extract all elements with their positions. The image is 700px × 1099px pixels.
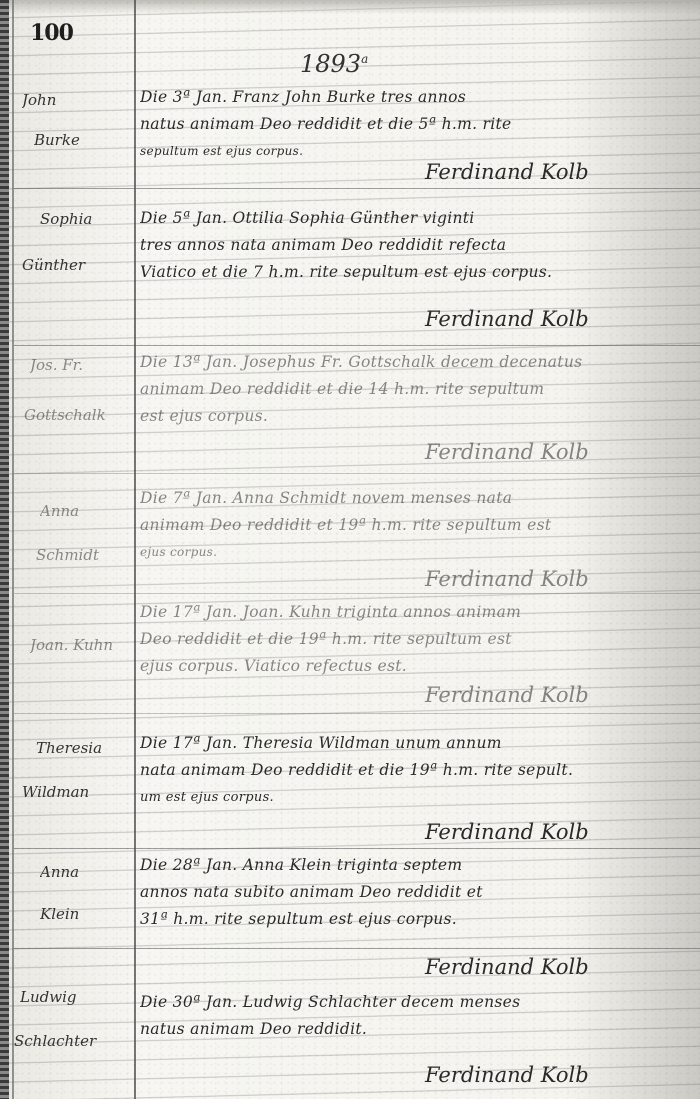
entry-name-last: Günther — [22, 243, 130, 287]
year-suffix: a — [361, 52, 368, 66]
entry-line: Die 30ª Jan. Ludwig Schlachter decem men… — [140, 989, 670, 1016]
year-value: 1893 — [300, 50, 361, 78]
entry-divider — [14, 473, 700, 474]
entry-text: Die 3ª Jan. Franz John Burke tres annos … — [140, 84, 670, 165]
priest-signature: Ferdinand Kolb — [425, 820, 685, 844]
entry-line: animam Deo reddidit et die 14 h.m. rite … — [140, 376, 670, 403]
entry-line: Die 28ª Jan. Anna Klein triginta septem — [140, 852, 670, 879]
priest-signature: Ferdinand Kolb — [425, 683, 685, 707]
register-year: 1893a — [300, 50, 368, 78]
entry-line: Deo reddidit et die 19ª h.m. rite sepult… — [140, 626, 670, 653]
entry-text: Die 13ª Jan. Josephus Fr. Gottschalk dec… — [140, 349, 670, 430]
entry-name-last: Schmidt — [36, 533, 144, 577]
entry-line: nata animam Deo reddidit et die 19ª h.m.… — [140, 757, 670, 784]
entry-divider — [14, 713, 700, 714]
entry-line: animam Deo reddidit et 19ª h.m. rite sep… — [140, 512, 670, 539]
margin-rule — [12, 0, 14, 1099]
scan-top-edge — [0, 0, 700, 14]
entry-line: annos nata subito animam Deo reddidit et — [140, 879, 670, 906]
entry-name-first: John — [22, 78, 130, 122]
entry-line: natus animam Deo reddidit et die 5ª h.m.… — [140, 111, 670, 138]
entry-name-last: Burke — [34, 118, 142, 162]
entry-line: Die 17ª Jan. Joan. Kuhn triginta annos a… — [140, 599, 670, 626]
entry-line: ejus corpus. — [140, 539, 670, 566]
priest-signature: Ferdinand Kolb — [425, 1063, 685, 1087]
entry-text: Die 17ª Jan. Joan. Kuhn triginta annos a… — [140, 599, 670, 680]
entry-name-first: Anna — [40, 850, 148, 894]
entry-text: Die 17ª Jan. Theresia Wildman unum annum… — [140, 730, 670, 811]
entry-line: Die 5ª Jan. Ottilia Sophia Günther vigin… — [140, 205, 670, 232]
register-page: 100 1893a John Burke Die 3ª Jan. Franz J… — [0, 0, 700, 1099]
entry-name-first: Anna — [40, 489, 148, 533]
entry-line: natus animam Deo reddidit. — [140, 1016, 670, 1043]
priest-signature: Ferdinand Kolb — [425, 307, 685, 331]
entry-name-last: Gottschalk — [24, 393, 132, 437]
entry-line: um est ejus corpus. — [140, 784, 670, 811]
entry-text: Die 7ª Jan. Anna Schmidt novem menses na… — [140, 485, 670, 566]
entry-divider — [14, 948, 700, 949]
entry-line: Die 3ª Jan. Franz John Burke tres annos — [140, 84, 670, 111]
entry-divider — [14, 188, 700, 189]
entry-name-first: Sophia — [40, 197, 148, 241]
entry-divider — [14, 593, 700, 594]
page-number: 100 — [30, 20, 73, 46]
entry-line: tres annos nata animam Deo reddidit refe… — [140, 232, 670, 259]
entry-line: ejus corpus. Viatico refectus est. — [140, 653, 670, 680]
entry-line: Die 7ª Jan. Anna Schmidt novem menses na… — [140, 485, 670, 512]
entry-name-first: Ludwig — [20, 975, 128, 1019]
entry-line: Die 13ª Jan. Josephus Fr. Gottschalk dec… — [140, 349, 670, 376]
entry-name-first: Jos. Fr. — [30, 343, 138, 387]
entry-text: Die 30ª Jan. Ludwig Schlachter decem men… — [140, 989, 670, 1043]
entry-name-last: Schlachter — [14, 1019, 122, 1063]
priest-signature: Ferdinand Kolb — [425, 160, 685, 184]
priest-signature: Ferdinand Kolb — [425, 440, 685, 464]
entry-line: est ejus corpus. — [140, 403, 670, 430]
entry-name-first: Theresia — [36, 726, 144, 770]
entry-name: Joan. Kuhn — [30, 623, 138, 667]
scan-binding-edge — [0, 0, 9, 1099]
entry-text: Die 5ª Jan. Ottilia Sophia Günther vigin… — [140, 205, 670, 286]
entry-line: Viatico et die 7 h.m. rite sepultum est … — [140, 259, 670, 286]
entry-line: Die 17ª Jan. Theresia Wildman unum annum — [140, 730, 670, 757]
entry-divider — [14, 848, 700, 849]
priest-signature: Ferdinand Kolb — [425, 567, 685, 591]
entry-name-last: Wildman — [22, 770, 130, 814]
entry-text: Die 28ª Jan. Anna Klein triginta septem … — [140, 852, 670, 933]
entry-name-last: Klein — [40, 892, 148, 936]
entry-line: 31ª h.m. rite sepultum est ejus corpus. — [140, 906, 670, 933]
priest-signature: Ferdinand Kolb — [425, 955, 685, 979]
